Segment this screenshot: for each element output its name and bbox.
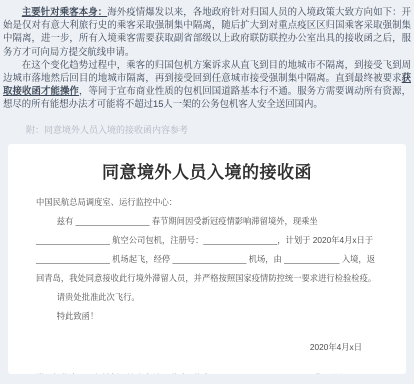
letter-body-line: ________________ 机场起飞，经停 _______________… <box>36 250 378 269</box>
paragraph-policy-overview: 主要针对乘客本身：海外疫情爆发以来，各地政府针对归国人员的入境政策大致方向如下：… <box>3 5 411 58</box>
paragraph-lead-emphasis: 主要针对乘客本身： <box>22 6 107 17</box>
iflyplus-plane-logo-icon <box>311 372 326 374</box>
letter-body: 中国民航总局调度室、运行监控中心： 兹有 ________________ 春节… <box>8 193 406 357</box>
paragraph-text: 在这个变化趋势过程中，乘客的归国包机方案诉求从直飞到目的地城市不隔离，到接受飞到… <box>3 59 411 83</box>
article-text-block: 主要针对乘客本身：海外疫情爆发以来，各地政府针对归国人员的入境政策大致方向如下：… <box>0 0 414 111</box>
paragraph-trend: 在这个变化趋势过程中，乘客的归国包机方案诉求从直飞到目的地城市不隔离，到接受飞到… <box>3 58 411 111</box>
watermark-label: 微信号: iFlyPlus <box>329 371 396 374</box>
attachment-caption: 附：同意境外人员入境的接收函内容参考 <box>0 111 414 136</box>
letter-attachments-note: 附飞机信息、飞行计划、旅客名单及联系人信息 <box>36 372 210 374</box>
reception-letter-card: 同意境外人员入境的接收函 中国民航总局调度室、运行监控中心： 兹有 ______… <box>8 144 406 374</box>
watermark: 微信号: iFlyPlus <box>311 371 396 374</box>
letter-addressee: 中国民航总局调度室、运行监控中心： <box>36 193 378 212</box>
letter-date: 2020年4月x日 <box>36 338 378 357</box>
letter-closing-line: 特此致函！ <box>36 307 378 326</box>
letter-footer: 附飞机信息、飞行计划、旅客名单及联系人信息 微信号: iFlyPlus <box>8 357 406 374</box>
letter-body-line: 兹有 ________________ 春节期间因受新冠疫情影响滞留境外，现乘坐 <box>36 212 378 231</box>
letter-title: 同意境外人员入境的接收函 <box>8 158 406 183</box>
wechat-article-page: 主要针对乘客本身：海外疫情爆发以来，各地政府针对归国人员的入境政策大致方向如下：… <box>0 0 414 374</box>
letter-body-line: 回青岛，我处同意接收此行境外滞留人员，并严格按照国家疫情防控统一要求进行检验检疫… <box>36 269 378 288</box>
letter-approval-line: 请贵处批准此次飞行。 <box>36 288 378 307</box>
letter-body-line: ________________ 航空公司包机，注册号：____________… <box>36 231 378 250</box>
